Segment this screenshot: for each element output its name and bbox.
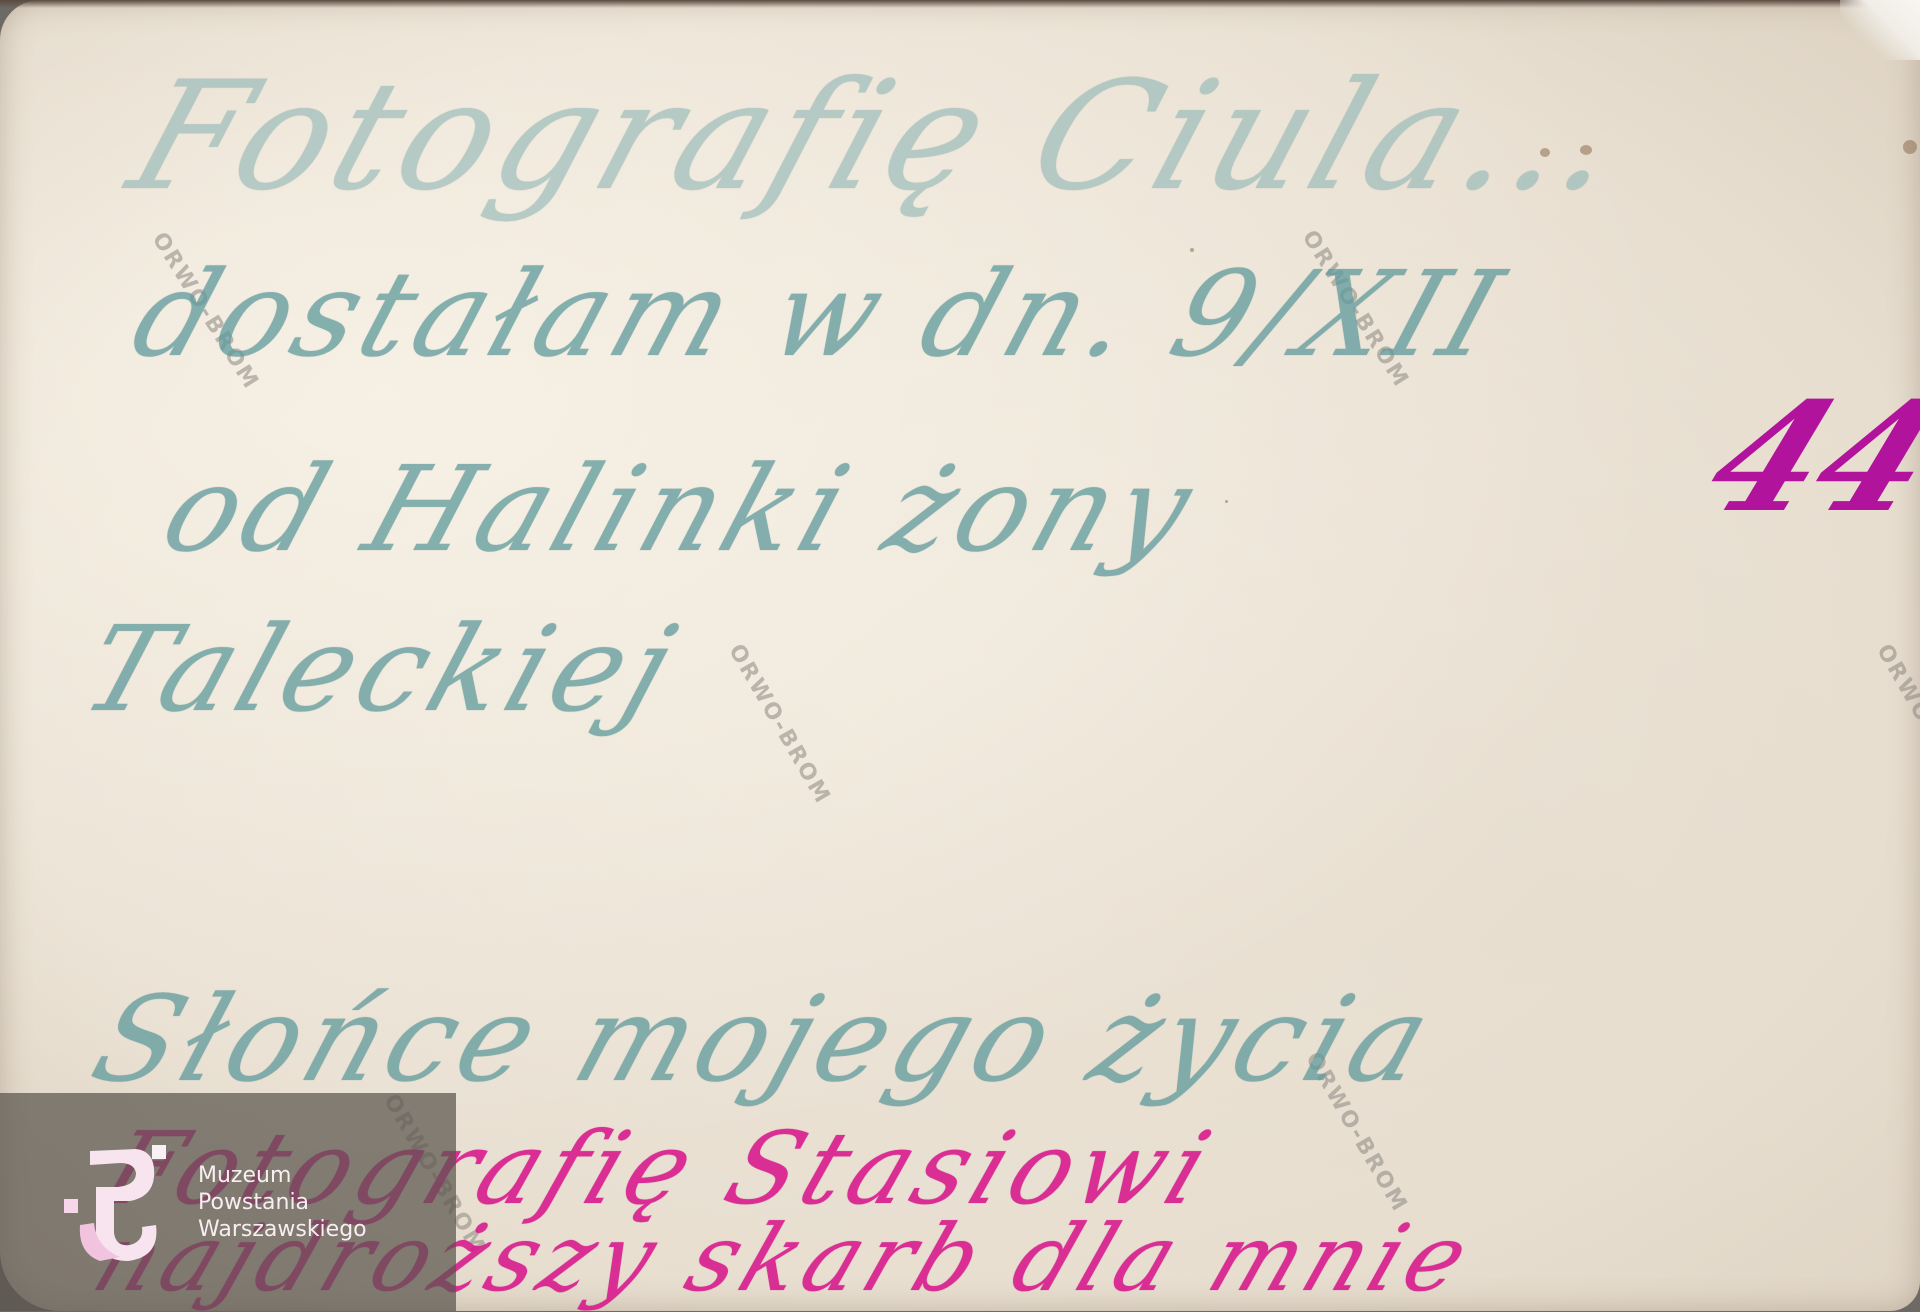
kotwica-anchor-icon <box>60 1137 180 1267</box>
year-mark: 44. <box>1684 370 1920 546</box>
museum-name: Muzeum Powstania Warszawskiego <box>198 1162 367 1243</box>
museum-watermark: Muzeum Powstania Warszawskiego <box>0 1093 456 1311</box>
museum-name-line1: Muzeum <box>198 1162 367 1189</box>
handwriting-line-2: dostałam w dn. 9/XII <box>118 245 1523 383</box>
museum-name-line2: Powstania <box>198 1189 367 1216</box>
museum-name-line3: Warszawskiego <box>198 1216 367 1243</box>
handwriting-line-5: Słońce mojego życia <box>78 970 1453 1108</box>
handwriting-line-1: Fotografię Ciula… <box>112 50 1651 224</box>
handwriting-line-3: od Halinki żony <box>148 440 1214 578</box>
handwriting-line-4: Taleckiej <box>68 600 696 738</box>
